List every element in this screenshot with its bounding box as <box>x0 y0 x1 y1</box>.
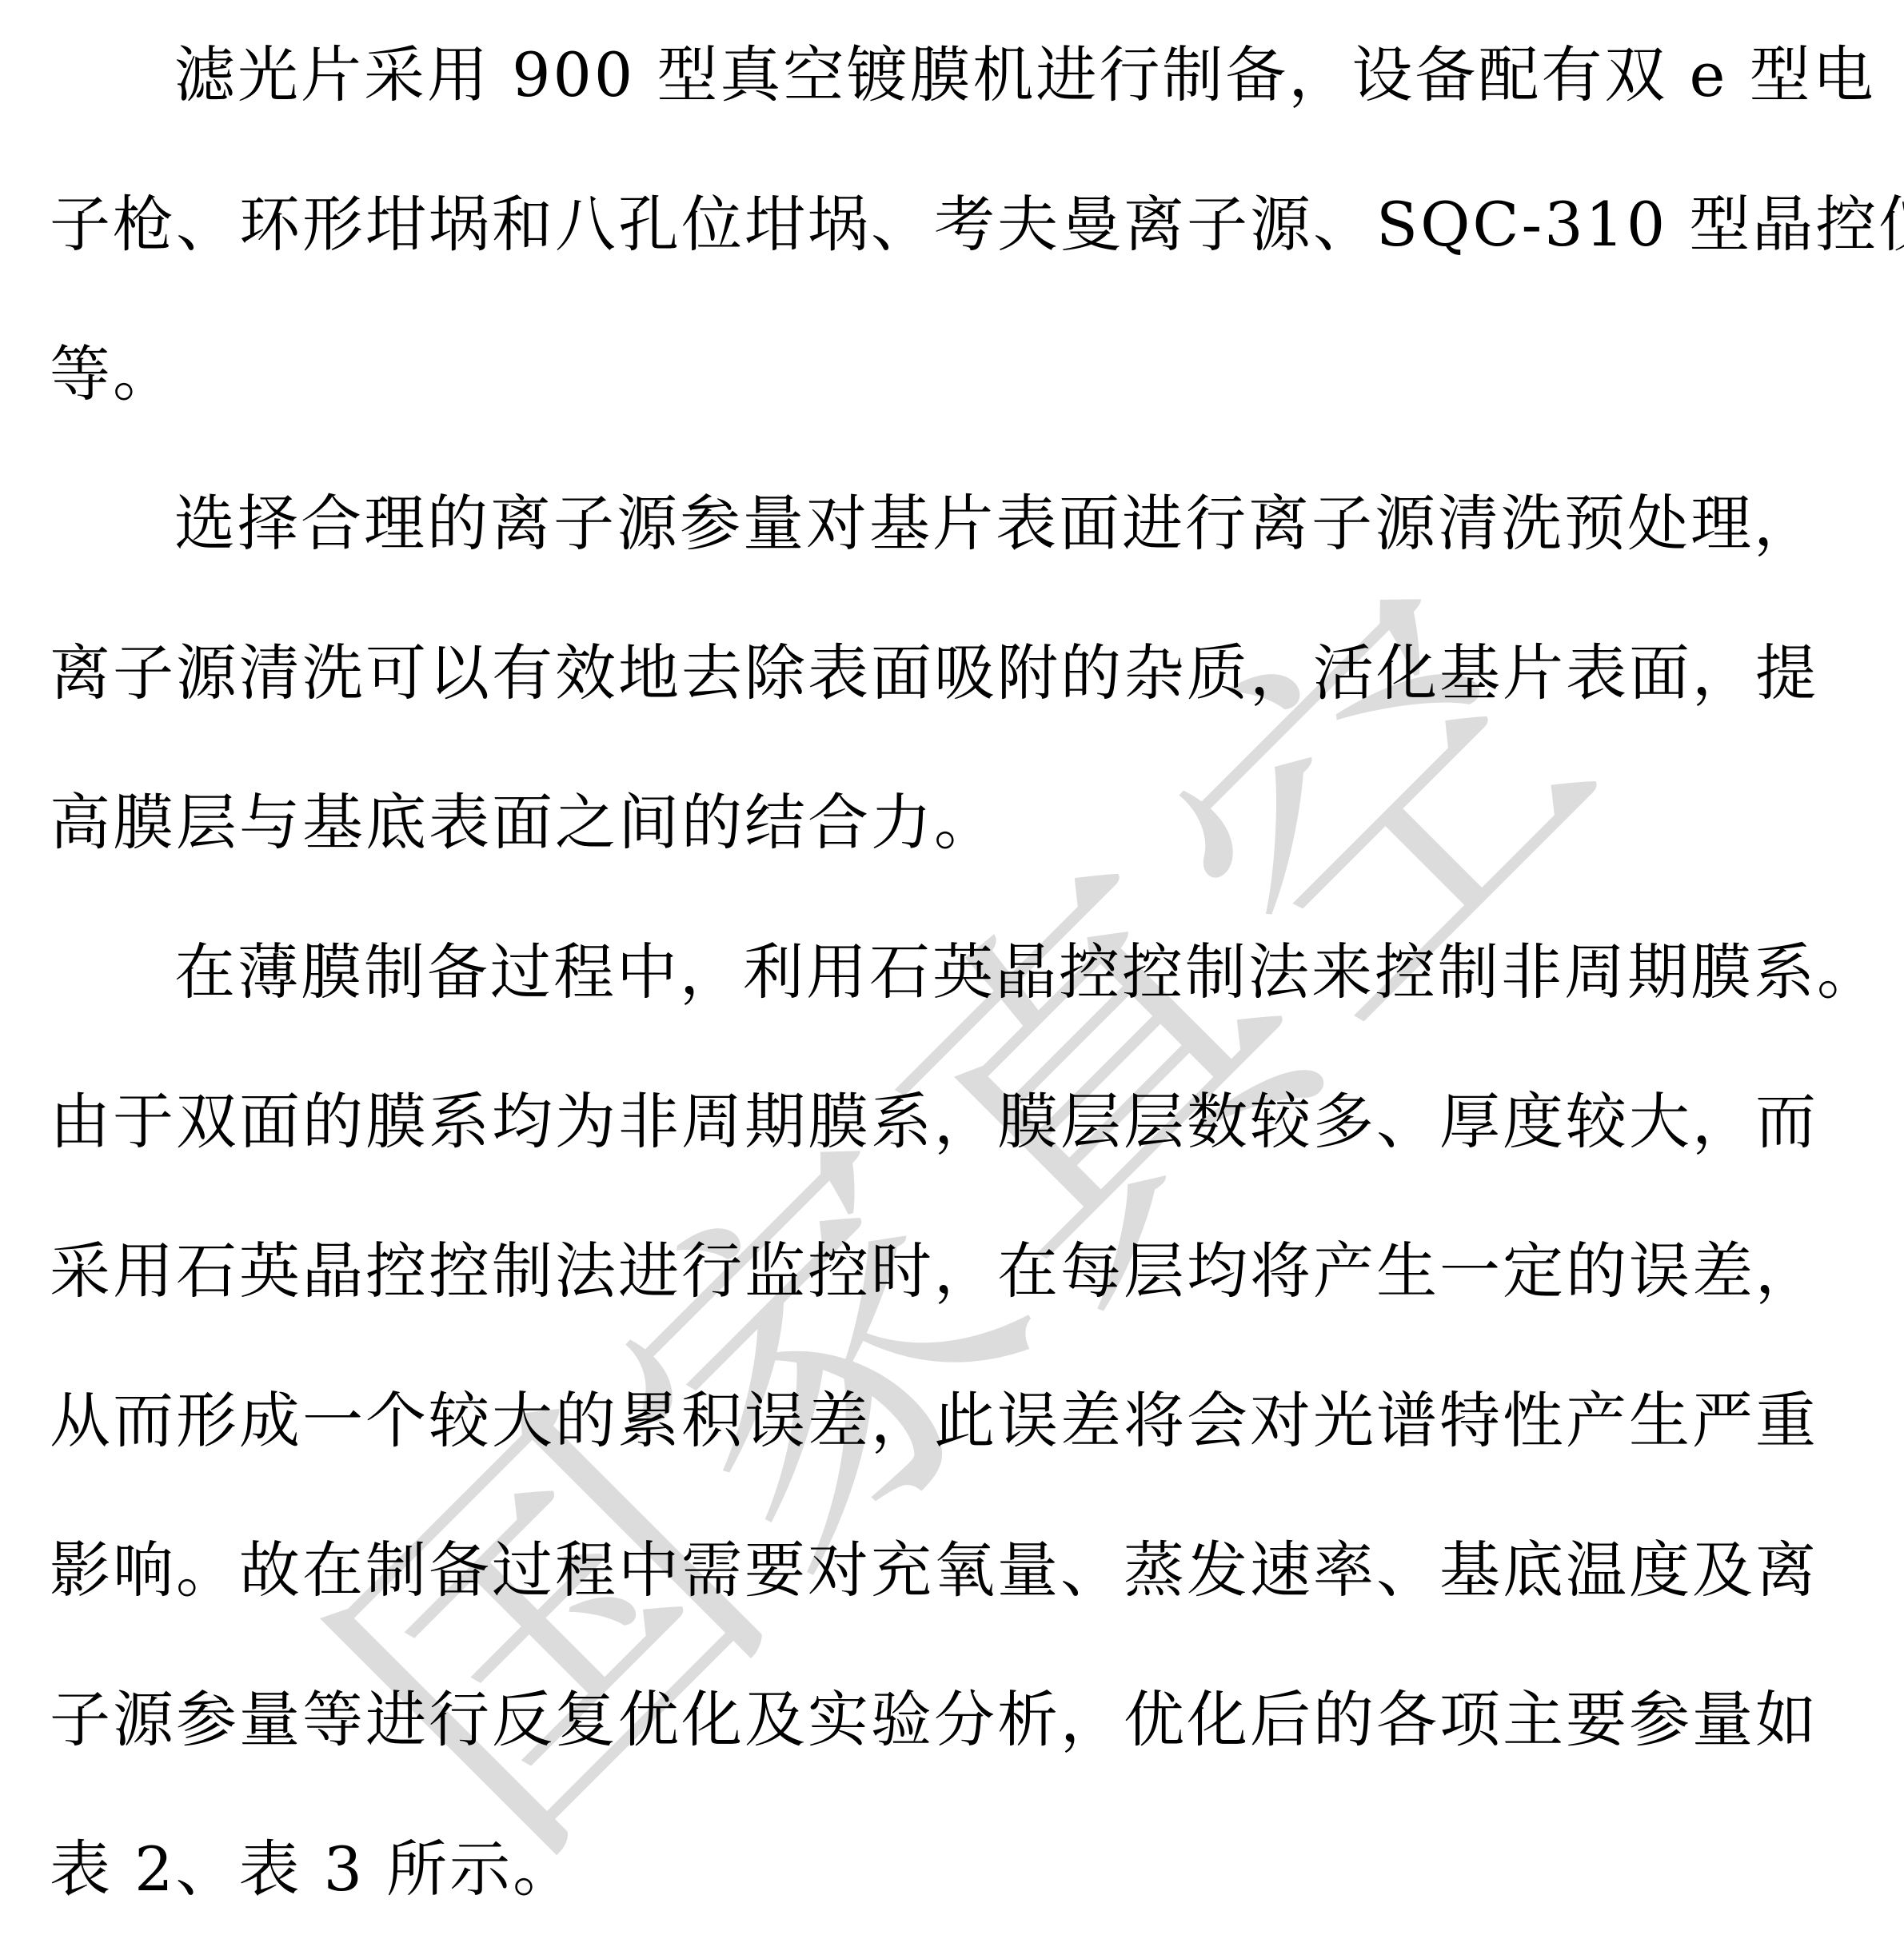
text-line: 等。 <box>50 299 1904 449</box>
paragraph-ion-cleaning: 选择合理的离子源参量对基片表面进行离子源清洗预处理， 离子源清洗可以有效地去除表… <box>50 449 1818 897</box>
text-line: 从而形成一个较大的累积误差，此误差将会对光谱特性产生严重 <box>50 1346 1880 1495</box>
text-line: 滤光片采用 900 型真空镀膜机进行制备，设备配有双 e 型电 <box>50 0 1904 150</box>
paragraph-film-preparation: 在薄膜制备过程中，利用石英晶控控制法来控制非周期膜系。 由于双面的膜系均为非周期… <box>50 897 1880 1944</box>
text-line: 表 2、表 3 所示。 <box>50 1794 1880 1944</box>
paragraph-equipment: 滤光片采用 900 型真空镀膜机进行制备，设备配有双 e 型电 子枪、环形坩埚和… <box>50 0 1904 449</box>
text-line: 采用石英晶控控制法进行监控时，在每层均将产生一定的误差， <box>50 1196 1880 1346</box>
text-line: 子源参量等进行反复优化及实验分析，优化后的各项主要参量如 <box>50 1645 1880 1794</box>
text-line: 子枪、环形坩埚和八孔位坩埚、考夫曼离子源、SQC-310 型晶控仪 <box>50 150 1904 299</box>
text-line: 离子源清洗可以有效地去除表面吸附的杂质，活化基片表面，提 <box>50 598 1818 748</box>
text-line: 选择合理的离子源参量对基片表面进行离子源清洗预处理， <box>50 449 1818 598</box>
text-line: 高膜层与基底表面之间的结合力。 <box>50 748 1818 897</box>
text-line: 在薄膜制备过程中，利用石英晶控控制法来控制非周期膜系。 <box>50 897 1880 1047</box>
text-line: 由于双面的膜系均为非周期膜系，膜层层数较多、厚度较大，而 <box>50 1047 1880 1196</box>
text-line: 影响。故在制备过程中需要对充氧量、蒸发速率、基底温度及离 <box>50 1495 1880 1645</box>
